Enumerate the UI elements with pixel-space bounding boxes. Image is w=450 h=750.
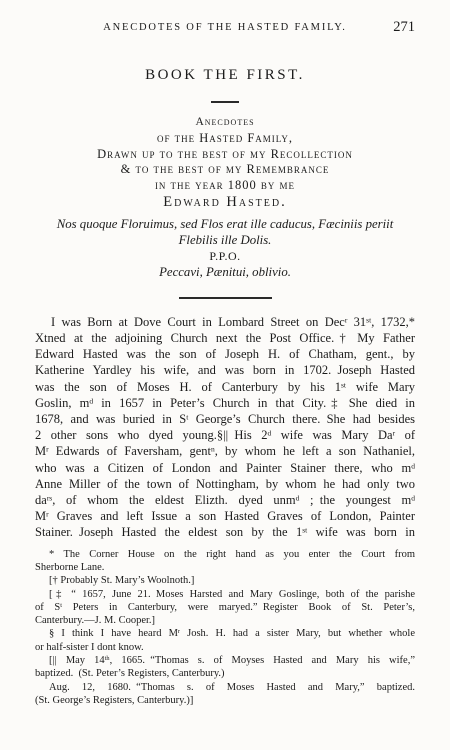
section-divider-long — [179, 297, 272, 299]
section-divider-short — [211, 101, 239, 103]
footnote-line: or half-sister I dont know. — [35, 641, 415, 654]
epigraph-ppo: P.P.O. — [35, 249, 415, 264]
body-line: who was a Citizen of London and Painter … — [35, 460, 415, 476]
body-line: Anne Miller of the town of Nottingham, b… — [35, 476, 415, 492]
footnote-line: (St. George’s Registers, Canterbury.)] — [35, 694, 415, 707]
footnote-line: [|| May 14th, 1665. “Thomas s. of Moyses… — [35, 654, 415, 667]
body-line: dars, of whom the eldest Elizth. dyed un… — [35, 492, 415, 508]
epigraph: Nos quoque Floruimus, sed Flos erat ille… — [35, 216, 415, 281]
running-head: ANECDOTES OF THE HASTED FAMILY. 271 — [35, 22, 415, 38]
body-text: I was Born at Dove Court in Lombard Stre… — [35, 314, 415, 541]
body-line: Stainer. Joseph Hasted the eldest son by… — [35, 524, 415, 540]
body-line: I was Born at Dove Court in Lombard Stre… — [35, 314, 415, 330]
body-line: Xtned at the adjoining Church next the P… — [35, 330, 415, 346]
running-head-title: ANECDOTES OF THE HASTED FAMILY. — [103, 22, 346, 33]
footnote-line: [‡ “ 1657, June 21. Moses Harsted and Ma… — [35, 588, 415, 601]
footnote-line: [† Probably St. Mary’s Woolnoth.] — [35, 574, 415, 587]
title-line-family: of the Hasted Family, — [35, 131, 415, 147]
title-line-author: Edward Hasted. — [35, 195, 415, 211]
body-line: Goslin, md in 1657 in Peter’s Church in … — [35, 395, 415, 411]
footnote-line: Canterbury.—J. M. Cooper.] — [35, 614, 415, 627]
title-line-anecdotes: Anecdotes — [35, 115, 415, 131]
title-line-recollection: Drawn up to the best of my Recollection — [35, 147, 415, 163]
footnote-line: § I think I have heard Mr Josh. H. had a… — [35, 627, 415, 640]
title-line-remembrance: & to the best of my Remembrance — [35, 162, 415, 178]
body-line: 2 other sons who dyed young.§|| His 2d w… — [35, 427, 415, 443]
body-line: Mr Graves and left Issue a son Hasted Gr… — [35, 508, 415, 524]
epigraph-latin-line-1: Nos quoque Floruimus, sed Flos erat ille… — [35, 216, 415, 233]
title-line-year: in the year 1800 by me — [35, 178, 415, 194]
body-line: Katherine Yardley his wife, and was born… — [35, 362, 415, 378]
footnote-line: Sherborne Lane. — [35, 561, 415, 574]
body-line: was the son of Moses H. of Canterbury by… — [35, 379, 415, 395]
footnote-line: Aug. 12, 1680. “Thomas s. of Moses Haste… — [35, 681, 415, 694]
footnote-line: baptized. (St. Peter’s Registers, Canter… — [35, 667, 415, 680]
body-line: Edward Hasted was the son of Joseph H. o… — [35, 346, 415, 362]
footnotes: * The Corner House on the right hand as … — [35, 548, 415, 708]
book-page: ANECDOTES OF THE HASTED FAMILY. 271 BOOK… — [0, 0, 450, 750]
body-line: Mr Edwards of Faversham, gentn, by whom … — [35, 443, 415, 459]
footnote-line: * The Corner House on the right hand as … — [35, 548, 415, 561]
epigraph-peccavi: Peccavi, Pænitui, oblivio. — [35, 264, 415, 281]
book-heading: BOOK THE FIRST. — [35, 67, 415, 84]
page-number: 271 — [393, 19, 415, 36]
title-block: Anecdotes of the Hasted Family, Drawn up… — [35, 115, 415, 211]
footnote-line: of St Peters in Canterbury, were maryed.… — [35, 601, 415, 614]
body-line: 1678, and was buried in St George’s Chur… — [35, 411, 415, 427]
epigraph-latin-line-2: Flebilis ille Dolis. — [35, 232, 415, 249]
